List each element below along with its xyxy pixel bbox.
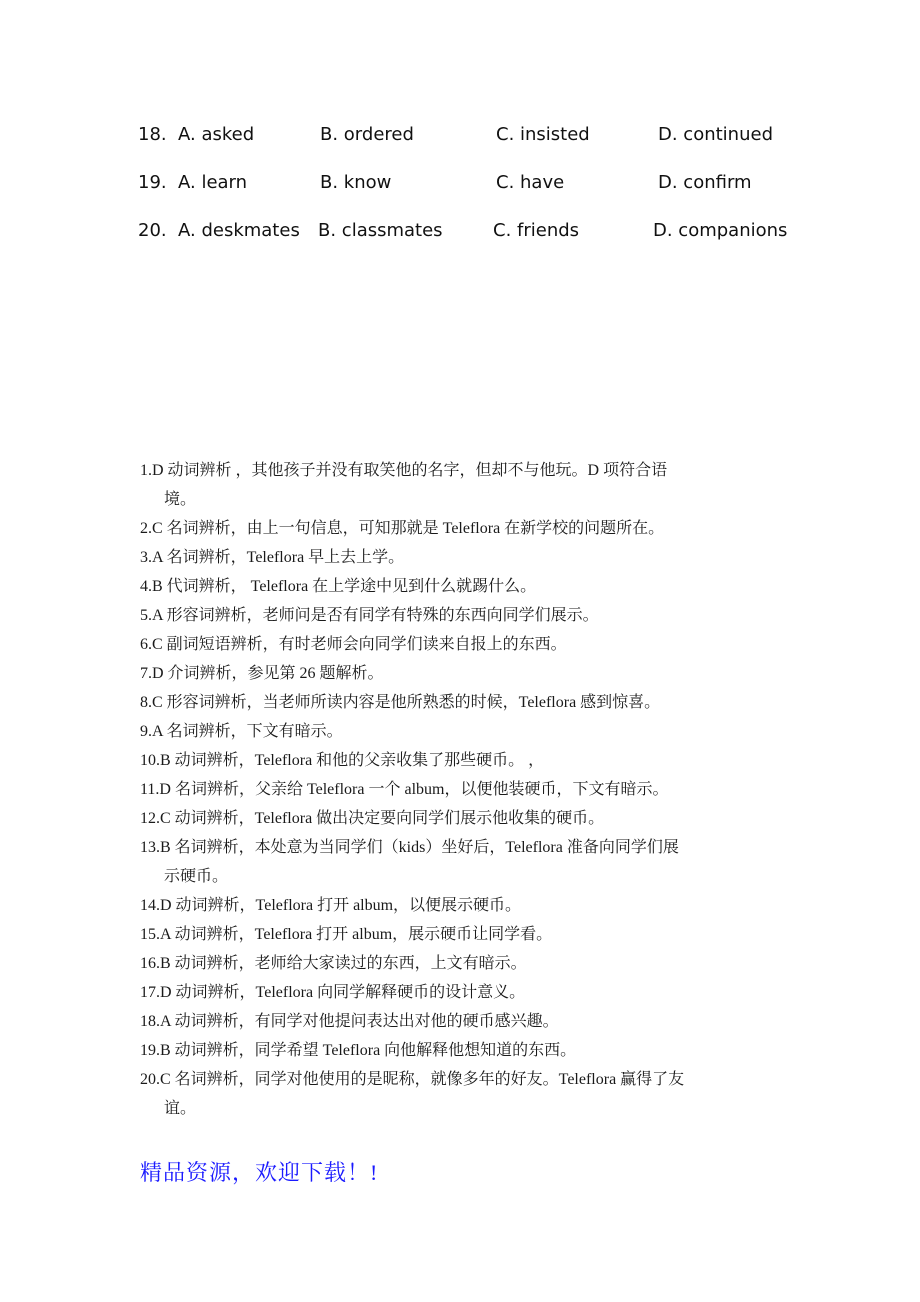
answer-explanation: 4.B 代词辨析， Teleflora 在上学途中见到什么就踢什么。 xyxy=(140,578,536,595)
answer-explanation: 20.C 名词辨析，同学对他使用的是昵称，就像多年的好友。Teleflora 赢… xyxy=(140,1071,684,1088)
answer-explanation: 19.B 动词辨析，同学希望 Teleflora 向他解释他想知道的东西。 xyxy=(140,1042,576,1059)
answer-explanation: 1.D 动词辨析 ，其他孩子并没有取笑他的名字，但却不与他玩。D 项符合语 xyxy=(140,462,667,479)
answer-explanation: 9.A 名词辨析，下文有暗示。 xyxy=(140,723,343,740)
answer-key-item: 18.A 动词辨析，有同学对他提问表达出对他的硬币感兴趣。 xyxy=(140,1007,750,1036)
answer-explanation: 3.A 名词辨析，Teleflora 早上去上学。 xyxy=(140,549,404,566)
answer-key-item: 2.C 名词辨析，由上一句信息，可知那就是 Teleflora 在新学校的问题所… xyxy=(140,514,750,543)
answer-explanation: 6.C 副词短语辨析，有时老师会向同学们读来自报上的东西。 xyxy=(140,636,567,653)
answer-key-item: 16.B 动词辨析，老师给大家读过的东西，上文有暗示。 xyxy=(140,949,750,978)
answer-explanation: 14.D 动词辨析，Teleflora 打开 album，以便展示硬币。 xyxy=(140,897,521,914)
option-c: C. friends xyxy=(493,220,579,241)
option-b: B. classmates xyxy=(318,220,443,241)
question-number: 20. xyxy=(138,220,167,241)
option-c: C. have xyxy=(496,172,564,193)
answer-explanation: 8.C 形容词辨析，当老师所读内容是他所熟悉的时候，Teleflora 感到惊喜… xyxy=(140,694,660,711)
answer-explanation-continued: 示硬币。 xyxy=(140,862,750,891)
answer-explanation: 18.A 动词辨析，有同学对他提问表达出对他的硬币感兴趣。 xyxy=(140,1013,559,1030)
answer-key-item: 14.D 动词辨析，Teleflora 打开 album，以便展示硬币。 xyxy=(140,891,750,920)
answer-key-item: 5.A 形容词辨析，老师问是否有同学有特殊的东西向同学们展示。 xyxy=(140,601,750,630)
option-a: A. learn xyxy=(178,172,247,193)
question-number: 18. xyxy=(138,124,167,145)
answer-explanation: 2.C 名词辨析，由上一句信息，可知那就是 Teleflora 在新学校的问题所… xyxy=(140,520,664,537)
answer-key-item: 6.C 副词短语辨析，有时老师会向同学们读来自报上的东西。 xyxy=(140,630,750,659)
answer-explanation: 10.B 动词辨析，Teleflora 和他的父亲收集了那些硬币。 ， xyxy=(140,752,544,769)
option-c: C. insisted xyxy=(496,124,590,145)
option-d: D. companions xyxy=(653,220,787,241)
option-b: B. ordered xyxy=(320,124,414,145)
answer-explanation: 15.A 动词辨析，Teleflora 打开 album，展示硬币让同学看。 xyxy=(140,926,552,943)
answer-key-item: 3.A 名词辨析，Teleflora 早上去上学。 xyxy=(140,543,750,572)
option-d: D. confirm xyxy=(658,172,752,193)
option-a: A. asked xyxy=(178,124,254,145)
option-d: D. continued xyxy=(658,124,773,145)
answer-key: 1.D 动词辨析 ，其他孩子并没有取笑他的名字，但却不与他玩。D 项符合语境。 … xyxy=(140,456,750,1123)
answer-key-item: 20.C 名词辨析，同学对他使用的是昵称，就像多年的好友。Teleflora 赢… xyxy=(140,1065,750,1123)
answer-key-item: 11.D 名词辨析，父亲给 Teleflora 一个 album，以便他装硬币，… xyxy=(140,775,750,804)
answer-key-item: 9.A 名词辨析，下文有暗示。 xyxy=(140,717,750,746)
answer-explanation: 17.D 动词辨析，Teleflora 向同学解释硬币的设计意义。 xyxy=(140,984,525,1001)
download-footer: 精品资源，欢迎下载！! xyxy=(140,1156,378,1187)
answer-explanation: 11.D 名词辨析，父亲给 Teleflora 一个 album，以便他装硬币，… xyxy=(140,781,668,798)
answer-key-item: 19.B 动词辨析，同学希望 Teleflora 向他解释他想知道的东西。 xyxy=(140,1036,750,1065)
answer-explanation: 16.B 动词辨析，老师给大家读过的东西，上文有暗示。 xyxy=(140,955,527,972)
answer-explanation-continued: 境。 xyxy=(140,485,750,514)
answer-key-item: 8.C 形容词辨析，当老师所读内容是他所熟悉的时候，Teleflora 感到惊喜… xyxy=(140,688,750,717)
answer-key-item: 13.B 名词辨析，本处意为当同学们（kids）坐好后，Teleflora 准备… xyxy=(140,833,750,891)
answer-explanation: 12.C 动词辨析，Teleflora 做出决定要向同学们展示他收集的硬币。 xyxy=(140,810,604,827)
answer-explanation: 13.B 名词辨析，本处意为当同学们（kids）坐好后，Teleflora 准备… xyxy=(140,839,679,856)
answer-explanation: 7.D 介词辨析，参见第 26 题解析。 xyxy=(140,665,384,682)
answer-key-item: 15.A 动词辨析，Teleflora 打开 album，展示硬币让同学看。 xyxy=(140,920,750,949)
answer-key-item: 17.D 动词辨析，Teleflora 向同学解释硬币的设计意义。 xyxy=(140,978,750,1007)
answer-explanation: 5.A 形容词辨析，老师问是否有同学有特殊的东西向同学们展示。 xyxy=(140,607,599,624)
answer-explanation-continued: 谊。 xyxy=(140,1094,750,1123)
answer-key-item: 7.D 介词辨析，参见第 26 题解析。 xyxy=(140,659,750,688)
question-number: 19. xyxy=(138,172,167,193)
answer-key-item: 4.B 代词辨析， Teleflora 在上学途中见到什么就踢什么。 xyxy=(140,572,750,601)
option-b: B. know xyxy=(320,172,391,193)
answer-key-item: 10.B 动词辨析，Teleflora 和他的父亲收集了那些硬币。 ， xyxy=(140,746,750,775)
answer-key-item: 12.C 动词辨析，Teleflora 做出决定要向同学们展示他收集的硬币。 xyxy=(140,804,750,833)
answer-key-item: 1.D 动词辨析 ，其他孩子并没有取笑他的名字，但却不与他玩。D 项符合语境。 xyxy=(140,456,750,514)
option-a: A. deskmates xyxy=(178,220,300,241)
